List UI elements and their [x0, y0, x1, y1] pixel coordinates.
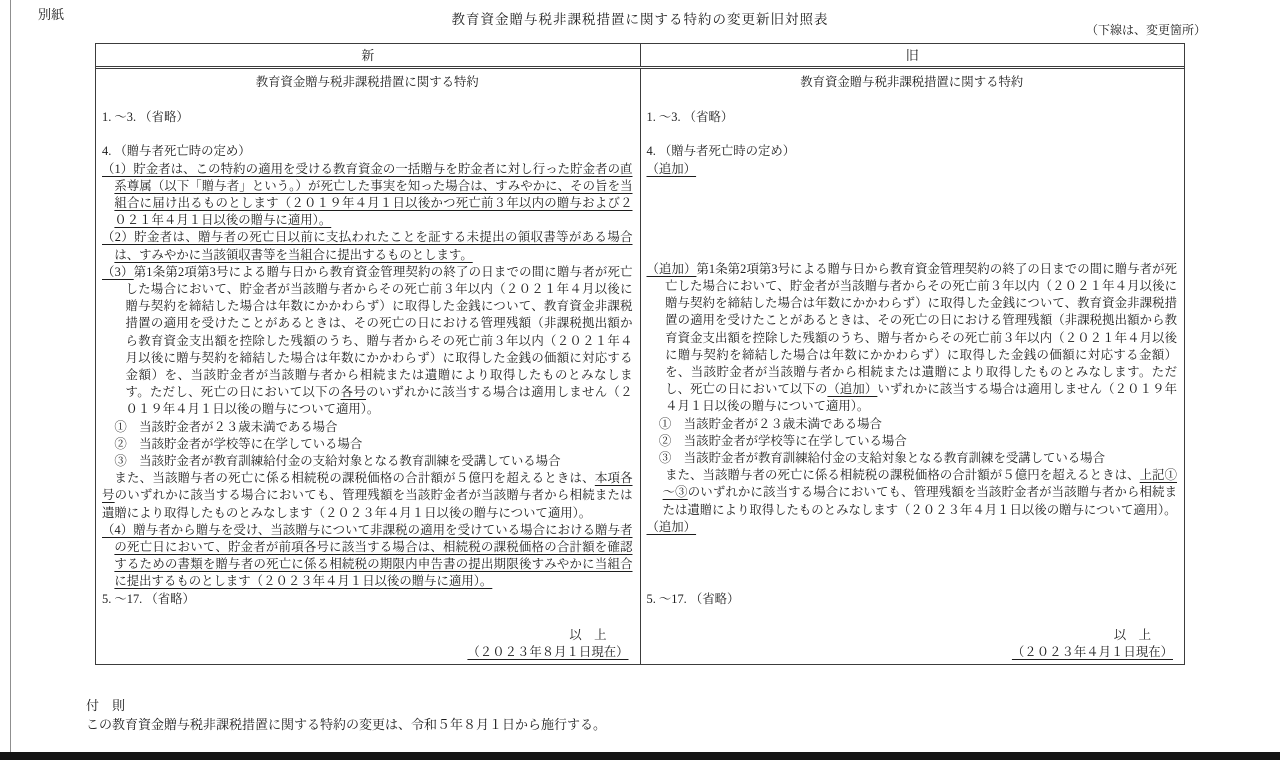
section4-heading-new: 4. （贈与者死亡時の定め） [102, 143, 633, 160]
paragraph-4-3-note-new: また、当該贈与者の死亡に係る相続税の課税価格の合計額が５億円を超えるときは、本項… [102, 470, 633, 522]
page-bottom-rule [0, 752, 1280, 760]
closing-mark-old: 以 上 [647, 627, 1178, 644]
omitted-sections-1-3-new: 1. ～3. （省略） [102, 109, 633, 126]
list-item-1-old: ① 当該貯金者が２３歳未満である場合 [647, 416, 1178, 433]
scanned-document-page: { "page": { "corner_label": "別紙", "title… [0, 0, 1280, 760]
list-item-2-new: ② 当該貯金者が学校等に在学している場合 [102, 436, 633, 453]
omitted-sections-1-3-old: 1. ～3. （省略） [647, 109, 1178, 126]
added-marker-2-old: （追加） [647, 519, 1178, 536]
table-body-row: 教育資金贈与税非課税措置に関する特約 1. ～3. （省略） 4. （贈与者死亡… [96, 69, 1184, 664]
paragraph-4-4-new: （4）贈与者から贈与を受け、当該贈与について非課税の適用を受けている場合における… [102, 522, 633, 591]
column-header-old: 旧 [640, 44, 1185, 66]
as-of-date-new: （２０２３年８月１日現在） [102, 644, 633, 661]
supplementary-provisions: 付 則 この教育資金贈与税非課税措置に関する特約の変更は、令和５年８月１日から施… [86, 696, 606, 734]
list-item-3-old: ③ 当該貯金者が教育訓練給付金の支給対象となる教育訓練を受講している場合 [647, 450, 1178, 467]
omitted-sections-5-17-old: 5. ～17. （省略） [647, 591, 1178, 608]
underline-note: （下線は、変更箇所） [1086, 21, 1206, 38]
section4-heading-old: 4. （贈与者死亡時の定め） [647, 143, 1178, 160]
agreement-subtitle-old: 教育資金贈与税非課税措置に関する特約 [647, 74, 1178, 91]
paragraph-4-3-note-old: また、当該贈与者の死亡に係る相続税の課税価格の合計額が５億円を超えるときは、上記… [647, 467, 1178, 519]
supplementary-provisions-body: この教育資金贈与税非課税措置に関する特約の変更は、令和５年８月１日から施行する。 [86, 715, 606, 734]
column-old: 教育資金贈与税非課税措置に関する特約 1. ～3. （省略） 4. （贈与者死亡… [640, 69, 1185, 664]
closing-mark-new: 以 上 [102, 627, 633, 644]
as-of-date-old: （２０２３年４月１日現在） [647, 644, 1178, 661]
added-marker-1-old: （追加） [647, 161, 1178, 178]
column-new: 教育資金贈与税非課税措置に関する特約 1. ～3. （省略） 4. （贈与者死亡… [96, 69, 640, 664]
list-item-2-old: ② 当該貯金者が学校等に在学している場合 [647, 433, 1178, 450]
supplementary-provisions-heading: 付 則 [86, 696, 606, 715]
agreement-subtitle-new: 教育資金贈与税非課税措置に関する特約 [102, 74, 633, 91]
column-header-new: 新 [96, 44, 640, 66]
paragraph-4-3-new: （3）第1条第2項第3号による贈与日から教育資金管理契約の終了の日までの間に贈与… [102, 264, 633, 419]
comparison-table: 新 旧 教育資金贈与税非課税措置に関する特約 1. ～3. （省略） 4. （贈… [95, 43, 1185, 665]
column-footer-new: 5. ～17. （省略） 以 上 （２０２３年８月１日現在） [102, 591, 633, 661]
list-item-1-new: ① 当該貯金者が２３歳未満である場合 [102, 419, 633, 436]
paragraph-4-3-old: （追加）第1条第2項第3号による贈与日から教育資金管理契約の終了の日までの間に贈… [647, 261, 1178, 416]
omitted-sections-5-17-new: 5. ～17. （省略） [102, 591, 633, 608]
paragraph-4-2-new: （2）貯金者は、贈与者の死亡日以前に支払われたことを証する未提出の領収書等がある… [102, 229, 633, 263]
table-header-row: 新 旧 [96, 44, 1184, 69]
list-item-3-new: ③ 当該貯金者が教育訓練給付金の支給対象となる教育訓練を受講している場合 [102, 453, 633, 470]
column-footer-old: 5. ～17. （省略） 以 上 （２０２３年４月１日現在） [647, 591, 1178, 661]
paragraph-4-1-new: （1）貯金者は、この特約の適用を受ける教育資金の一括贈与を貯金者に対し行った貯金… [102, 161, 633, 230]
page-left-edge-line [10, 0, 11, 752]
